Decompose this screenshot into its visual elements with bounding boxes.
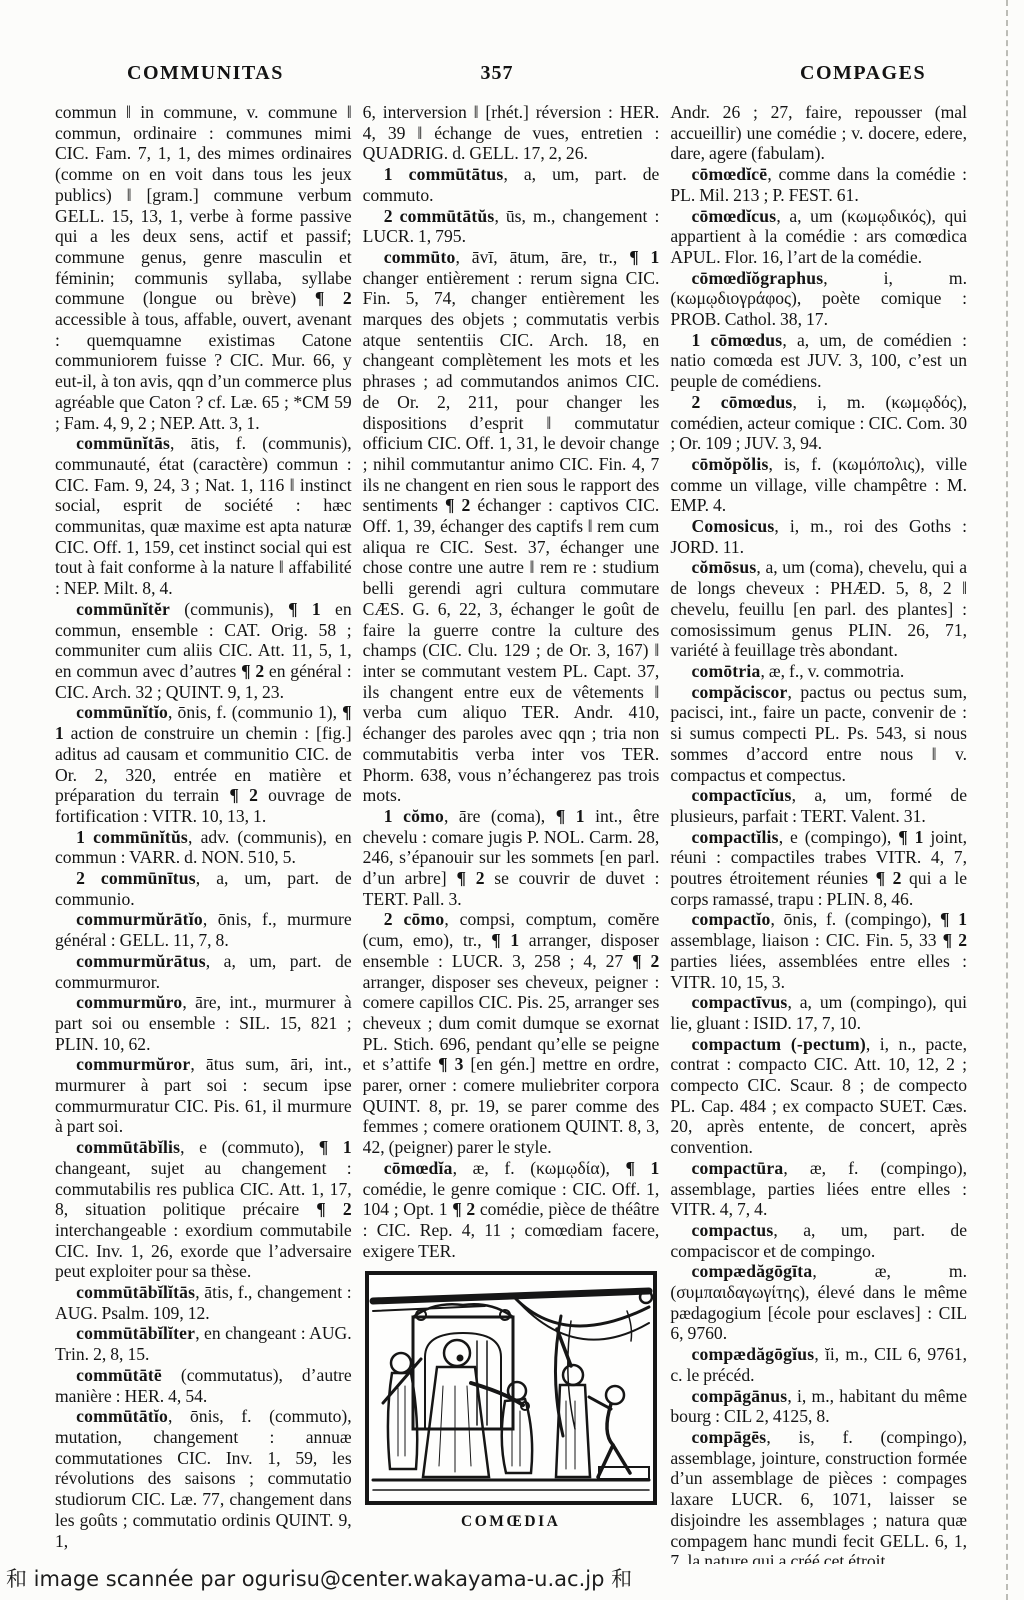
scan-footer: 和 image scannée par ogurisu@center.wakay…: [6, 1563, 632, 1593]
dictionary-entry: cŏmōsus, a, um (coma), chevelu, qui a de…: [670, 557, 967, 661]
dictionary-entry: compædăgōgĭus, ĭi, m., CIL 6, 9761, c. l…: [670, 1344, 967, 1385]
dictionary-entry: compăciscor, pactus ou pectus sum, pacis…: [670, 682, 967, 786]
column-middle: 6, interversion ‖ [rhét.] réversion : HE…: [363, 102, 660, 1564]
comoedia-woodcut-image: [365, 1271, 657, 1505]
page-header: COMMUNITAS 357 COMPAGES: [0, 62, 1024, 92]
dictionary-entry: commurmŭrātus, a, um, part. de commurmur…: [55, 951, 352, 992]
dictionary-entry: commūto, āvī, ātum, āre, tr., ¶ 1 change…: [363, 247, 660, 806]
dictionary-entry: compactĭo, ōnis, f. (compingo), ¶ 1 asse…: [670, 909, 967, 992]
text-columns: commun ‖ in commune, v. commune ‖ commun…: [55, 102, 967, 1564]
column-middle-entries: 6, interversion ‖ [rhét.] réversion : HE…: [363, 102, 660, 1261]
comoedia-figure: COMŒDIA: [365, 1271, 657, 1531]
dictionary-entry: commūnĭtĭo, ōnis, f. (communio 1), ¶ 1 a…: [55, 702, 352, 826]
column-left: commun ‖ in commune, v. commune ‖ commun…: [55, 102, 352, 1564]
dictionary-entry: cōmŏpŏlis, is, f. (κωμόπολις), ville com…: [670, 454, 967, 516]
dictionary-entry: commurmŭrātĭo, ōnis, f., murmure général…: [55, 909, 352, 950]
dictionary-entry: compactus, a, um, part. de compaciscor e…: [670, 1220, 967, 1261]
dictionary-entry: Comosicus, i, m., roi des Goths : JORD. …: [670, 516, 967, 557]
dictionary-entry: Andr. 26 ; 27, faire, repousser (mal acc…: [670, 102, 967, 164]
dictionary-entry: compactĭlis, e (compingo), ¶ 1 joint, ré…: [670, 827, 967, 910]
dictionary-entry: 2 commūnītus, a, um, part. de communio.: [55, 868, 352, 909]
dictionary-entry: cōmœdĭcē, comme dans la comédie : PL. Mi…: [670, 164, 967, 205]
comoedia-caption: COMŒDIA: [365, 1513, 657, 1531]
dictionary-entry: 2 cōmo, compsi, comptum, comĕre (cum, em…: [363, 909, 660, 1157]
dictionary-entry: 1 cŏmo, āre (coma), ¶ 1 int., être cheve…: [363, 806, 660, 910]
scan-artifact-line: [1006, 0, 1008, 1600]
column-right-entries: Andr. 26 ; 27, faire, repousser (mal acc…: [670, 102, 967, 1564]
dictionary-entry: compāgānus, i, m., habitant du même bour…: [670, 1386, 967, 1427]
column-left-entries: commun ‖ in commune, v. commune ‖ commun…: [55, 102, 352, 1551]
dictionary-entry: commurmŭror, ātus sum, āri, int., murmur…: [55, 1054, 352, 1137]
page-number: 357: [452, 62, 542, 85]
dictionary-entry: 2 cōmœdus, i, m. (κωμῳδός), comédien, ac…: [670, 392, 967, 454]
dictionary-entry: cōmœdĭŏgraphus, i, m. (κωμῳδιογράφος), p…: [670, 268, 967, 330]
dictionary-entry: compactīcĭus, a, um, formé de plusieurs,…: [670, 785, 967, 826]
scan-footer-text: 和 image scannée par ogurisu@center.wakay…: [6, 1567, 632, 1591]
dictionary-entry: 2 commūtātŭs, ūs, m., changement : LUCR.…: [363, 206, 660, 247]
dictionary-entry: 6, interversion ‖ [rhét.] réversion : HE…: [363, 102, 660, 164]
dictionary-entry: commūnĭtĕr (communis), ¶ 1 en commun, en…: [55, 599, 352, 703]
dictionary-entry: commun ‖ in commune, v. commune ‖ commun…: [55, 102, 352, 433]
dictionary-entry: commūtātĭo, ōnis, f. (commuto), mutation…: [55, 1406, 352, 1551]
dictionary-entry: 1 cōmœdus, a, um, de comédien : natio co…: [670, 330, 967, 392]
dictionary-entry: 1 commūtātus, a, um, part. de commuto.: [363, 164, 660, 205]
dictionary-entry: compactum (-pectum), i, n., pacte, contr…: [670, 1034, 967, 1158]
running-head-right: COMPAGES: [800, 62, 926, 85]
dictionary-entry: commūtātē (commutatus), d’autre manière …: [55, 1365, 352, 1406]
dictionary-entry: compāgēs, is, f. (compingo), assemblage,…: [670, 1427, 967, 1564]
dictionary-entry: commūnĭtās, ātis, f. (communis), communa…: [55, 433, 352, 599]
column-right: Andr. 26 ; 27, faire, repousser (mal acc…: [670, 102, 967, 1564]
dictionary-entry: comōtria, æ, f., v. commotria.: [670, 661, 967, 682]
dictionary-entry: commurmŭro, āre, int., murmurer à part s…: [55, 992, 352, 1054]
dictionary-entry: compædăgōgīta, æ, m. (συμπαιδαγωγίτης), …: [670, 1261, 967, 1344]
dictionary-entry: compactūra, æ, f. (compingo), assemblage…: [670, 1158, 967, 1220]
dictionary-entry: 1 commūnĭtŭs, adv. (communis), en commun…: [55, 827, 352, 868]
dictionary-entry: commūtābĭlĭtās, ātis, f., changement : A…: [55, 1282, 352, 1323]
running-head-left: COMMUNITAS: [127, 62, 284, 85]
dictionary-page: COMMUNITAS 357 COMPAGES commun ‖ in comm…: [0, 0, 1024, 1600]
dictionary-entry: commūtābĭlis, e (commuto), ¶ 1 changeant…: [55, 1137, 352, 1282]
dictionary-entry: cōmœdĭa, æ, f. (κωμῳδία), ¶ 1 comédie, l…: [363, 1158, 660, 1262]
dictionary-entry: cōmœdĭcus, a, um (κωμῳδικός), qui appart…: [670, 206, 967, 268]
dictionary-entry: commūtābĭlĭter, en changeant : AUG. Trin…: [55, 1323, 352, 1364]
dictionary-entry: compactīvus, a, um (compingo), qui lie, …: [670, 992, 967, 1033]
